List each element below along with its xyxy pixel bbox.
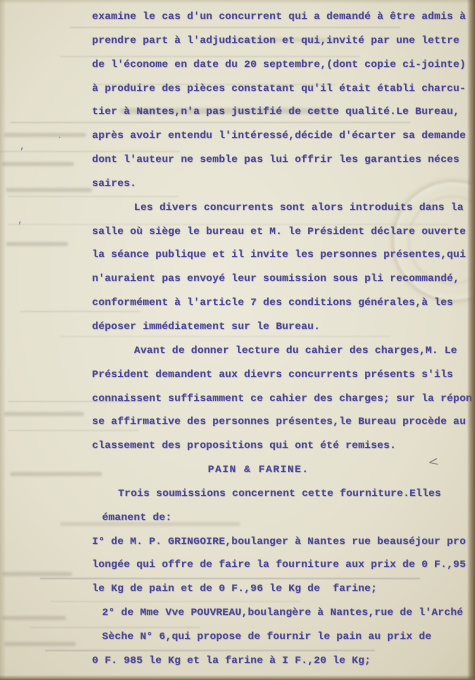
typed-line: PAIN & FARINE.: [92, 459, 465, 483]
paper-edge-bottom: [0, 675, 475, 680]
document-photo: examine le cas d'un concurrent qui a dem…: [0, 0, 475, 680]
typed-line: de l'économe en date du 20 septembre,(do…: [92, 54, 465, 78]
paper-edge-right: [467, 0, 475, 680]
typed-line: saires.: [92, 173, 465, 197]
typed-line: prendre part à l'adjudication et qui,inv…: [92, 30, 465, 54]
typed-line: déposer immédiatement sur le Bureau.: [92, 316, 465, 340]
bleed-through-smudge: [4, 133, 86, 137]
typed-line: Président demandent aux dievrs concurren…: [92, 364, 465, 388]
typed-line: à produire des pièces constatant qu'il é…: [92, 78, 465, 102]
bleed-through-smudge: [4, 642, 76, 646]
bleed-through-smudge: [4, 412, 84, 416]
paper-edge-left: [0, 0, 6, 680]
typed-line: examine le cas d'un concurrent qui a dem…: [92, 6, 465, 30]
typed-line: classement des propositions qui ont été …: [92, 435, 465, 459]
pencil-mark: <: [427, 454, 440, 470]
typed-line: tier à Nantes,n'a pas justifié de cette …: [92, 101, 465, 125]
typed-line: émanent de:: [102, 507, 465, 531]
typed-line: dont l'auteur ne semble pas lui offrir l…: [92, 149, 465, 173]
bleed-through-smudge: [2, 572, 72, 576]
bleed-through-smudge: [2, 162, 74, 166]
typed-line: Trois soumissions concernent cette fourn…: [118, 483, 465, 507]
typed-line: conformément à l'article 7 des condition…: [92, 292, 465, 316]
typed-line: 0 F. 985 le Kg et la farine à I F.,20 le…: [92, 650, 465, 674]
typed-line: la séance publique et il invite les pers…: [92, 244, 465, 268]
typed-line: le Kg de pain et de 0 F.,96 le Kg de far…: [92, 578, 465, 602]
bleed-through-smudge: [6, 188, 92, 192]
bleed-through-smudge: [2, 616, 66, 620]
typed-line: connaissent suffisamment ce cahier des c…: [92, 388, 465, 412]
typed-line: I° de M. P. GRINGOIRE,boulanger à Nantes…: [92, 531, 465, 555]
typed-line: longée qui offre de faire la fourniture …: [92, 554, 465, 578]
typed-line: salle où siège le bureau et M. le Présid…: [92, 221, 465, 245]
typed-line: 2° de Mme Vve POUVREAU,boulangère à Nant…: [102, 602, 465, 626]
stray-ink-mark: .: [58, 130, 61, 141]
stray-ink-mark: ,: [20, 138, 24, 152]
bleed-through-smudge: [6, 242, 68, 246]
typed-line: n'auraient pas envoyé leur soumission so…: [92, 268, 465, 292]
typed-line: après avoir entendu l'intéressé,décide d…: [92, 125, 465, 149]
typed-line: Les divers concurrents sont alors introd…: [134, 197, 465, 221]
typed-line: se affirmative des personnes présentes,l…: [92, 411, 465, 435]
typed-line: Avant de donner lecture du cahier des ch…: [134, 340, 465, 364]
stray-ink-mark: ,: [18, 212, 22, 226]
typed-line: Sèche N° 6,qui propose de fournir le pai…: [102, 626, 465, 650]
bleed-through-smudge: [10, 472, 102, 476]
paper-edge-top: [0, 0, 475, 4]
typed-text-block: examine le cas d'un concurrent qui a dem…: [92, 6, 465, 674]
